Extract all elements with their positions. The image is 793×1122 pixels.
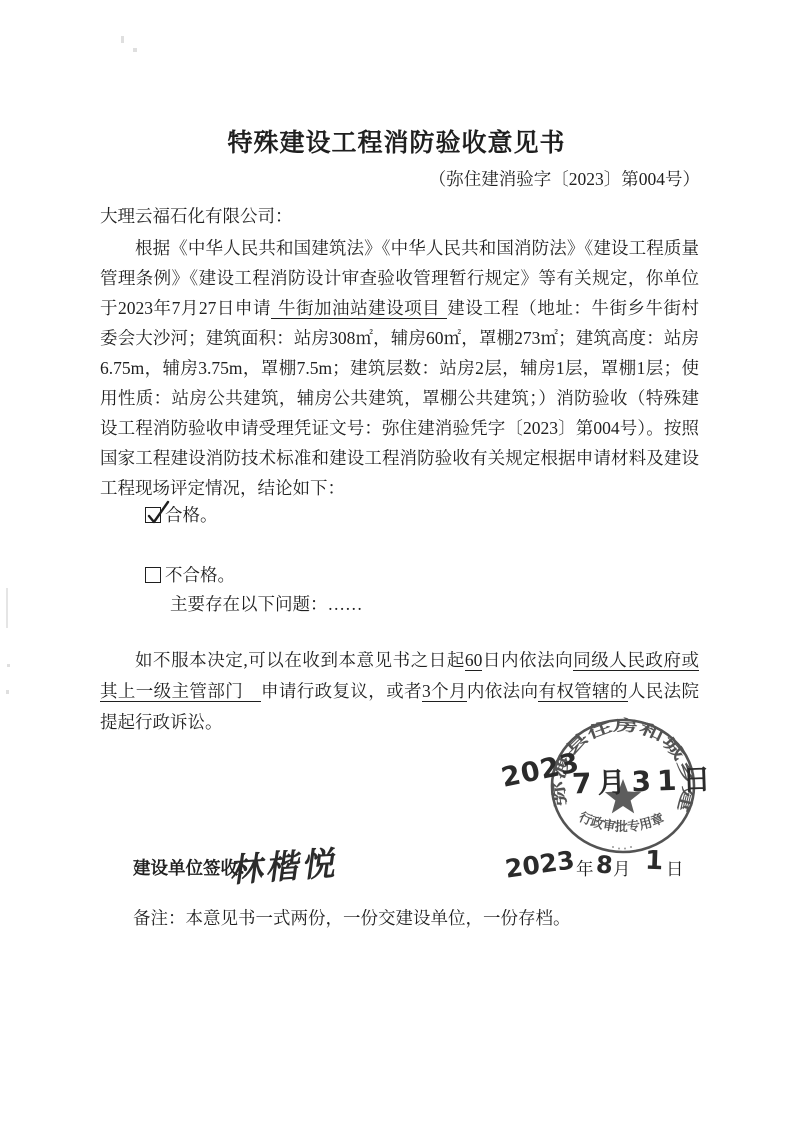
fail-note: 主要存在以下问题：…… xyxy=(170,591,363,616)
seal-handwritten-date: 7月31日 xyxy=(571,757,717,802)
conclusion-option-pass: 合格。 xyxy=(145,502,218,528)
seal-serial-mark xyxy=(618,848,620,850)
appeal-seg1: 如不服本决定,可以在收到本意见书之日起 xyxy=(135,650,465,670)
seal-type-text: 行政审批专用章 xyxy=(577,809,666,834)
date-day-label: 日 xyxy=(666,856,684,881)
appeal-seg4: 内依法向 xyxy=(467,681,539,701)
appeal-underline-60days: 60 xyxy=(465,650,483,671)
scan-artifact xyxy=(6,588,8,628)
pass-label: 合格。 xyxy=(165,502,218,528)
date-month-label: 月 xyxy=(613,856,631,881)
seal-serial-mark xyxy=(624,848,626,850)
checkbox-pass-checked-icon xyxy=(145,507,161,523)
date-year-label: 年 xyxy=(576,856,594,881)
remark-note: 备注：本意见书一式两份，一份交建设单位，一份存档。 xyxy=(133,905,571,930)
seal-serial-mark xyxy=(630,846,632,848)
main-text-part2: 建设工程（地址：牛街乡牛街村委会大沙河；建筑面积：站房308㎡，辅房60㎡，罩棚… xyxy=(100,298,699,498)
addressee: 大理云福石化有限公司： xyxy=(100,203,697,228)
fail-label: 不合格。 xyxy=(165,562,235,588)
page-title: 特殊建设工程消防验收意见书 xyxy=(0,123,793,159)
main-paragraph: 根据《中华人民共和国建筑法》《中华人民共和国消防法》《建设工程质量管理条例》《建… xyxy=(100,233,699,503)
date-handwritten-day: 1 xyxy=(644,846,663,877)
conclusion-option-fail: 不合格。 xyxy=(145,562,235,588)
svg-text:行政审批专用章: 行政审批专用章 xyxy=(577,809,666,834)
appeal-underline-3months: 3个月 xyxy=(422,681,467,702)
checkbox-fail-unchecked-icon xyxy=(145,567,161,583)
appeal-underline-court: 有权管辖的 xyxy=(538,681,627,702)
appeal-seg2: 日内依法向 xyxy=(482,650,573,670)
appeal-seg3: 申请行政复议，或者 xyxy=(261,681,422,701)
signature-handwriting: 林楷悦 xyxy=(229,837,343,892)
scan-artifact xyxy=(7,664,10,667)
check-mark-icon xyxy=(145,499,171,527)
scan-artifact xyxy=(6,690,9,694)
date-handwritten-month: 8 xyxy=(595,850,614,879)
seal-serial-mark xyxy=(612,846,614,848)
document-page: 特殊建设工程消防验收意见书 （弥住建消验字〔2023〕第004号） 大理云福石化… xyxy=(0,0,793,1122)
scan-artifact xyxy=(133,48,137,52)
scan-artifact xyxy=(121,36,124,43)
project-name: 牛街加油站建设项目 xyxy=(271,298,447,319)
date-handwritten-year: 2023 xyxy=(503,845,576,883)
doc-number: （弥住建消验字〔2023〕第004号） xyxy=(100,166,700,191)
